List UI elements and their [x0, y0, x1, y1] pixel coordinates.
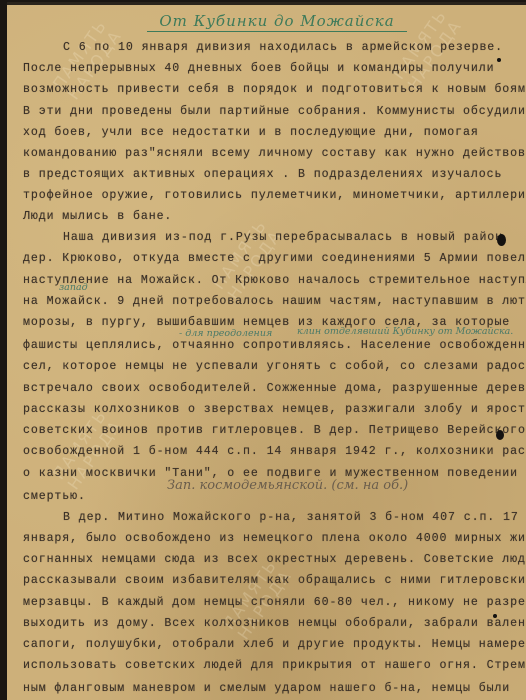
handwritten-insertion: - для преодоления: [179, 328, 272, 339]
text-line: дер. Крюково, откуда вместе с другими со…: [23, 252, 526, 265]
text-line: В эти дни проведены были партийные собра…: [23, 105, 526, 118]
text-line: Люди мылись в бане.: [23, 210, 172, 223]
text-line: согнанных немцами сюда из всех окрестных…: [23, 553, 526, 566]
text-line: советских воинов против гитлеровцев. В д…: [23, 424, 526, 437]
ink-spot: [493, 614, 497, 618]
text-line: освобожденной 1 б-ном 444 с.п. 14 января…: [23, 445, 526, 458]
handwritten-insertion: запад: [59, 282, 88, 293]
text-line: После непрерывных 40 дневных боев бойцы …: [23, 62, 494, 75]
ink-spot: [496, 430, 504, 440]
text-line: командованию раз"ясняли всему личному со…: [23, 147, 526, 160]
text-line: смертью.: [23, 490, 86, 503]
text-line: ным фланговым маневром и смелым ударом н…: [23, 682, 510, 695]
text-line: мерзавцы. В каждый дом немцы сгоняли 60-…: [23, 596, 526, 609]
text-line: рассказывали своим избавителям как обращ…: [23, 574, 526, 587]
text-line: выходить из дому. Всех колхозников немцы…: [23, 617, 526, 630]
text-line: трофейное оружие, готовились пулеметчики…: [23, 189, 526, 202]
text-line: В дер. Митино Можайского р-на, занятой 3…: [63, 511, 519, 524]
text-line: фашисты цеплялись, отчаянно сопротивляяс…: [23, 339, 526, 352]
text-line: сапоги, полушубки, отобрали хлеб и други…: [23, 638, 526, 651]
handwritten-insertion: клин отделявший Кубинку от Можайска.: [297, 326, 513, 337]
text-line: наступление на Можайск. От Крюково начал…: [23, 274, 526, 287]
ink-spot: [497, 58, 501, 62]
text-line: использовать советских людей для прикрыт…: [23, 659, 526, 672]
text-line: рассказы колхозников о зверствах немцев,…: [23, 403, 526, 416]
scan-top-edge: [7, 2, 526, 5]
text-line: ход боев, учли все недостатки и в послед…: [23, 126, 479, 139]
text-line: Наша дивизия из-под г.Рузы перебрасывала…: [63, 231, 503, 244]
text-line: января, было освобождено из немецкого пл…: [23, 532, 526, 545]
text-line: сел, которое немцы не успевали угонять с…: [23, 360, 526, 373]
text-line: в предстоящих активных операциях . В под…: [23, 168, 502, 181]
handwritten-title: От Кубинки до Можайска: [147, 12, 407, 32]
text-line: возможность привести себя в порядок и по…: [23, 83, 526, 96]
text-line: С 6 по 10 января дивизия находилась в ар…: [63, 41, 503, 54]
ink-spot: [497, 234, 506, 246]
text-line: встречало своих освободителей. Сожженные…: [23, 382, 526, 395]
text-line: на Можайск. 9 дней потребовалось нашим ч…: [23, 295, 526, 308]
document-page: ПАМЯТЬ НАРОДА ПАМЯТЬ НАРОДА ПАМЯТЬ НАРОД…: [7, 2, 526, 700]
pencil-note: Зап. космодемьянской. (см. на об.): [167, 478, 408, 493]
